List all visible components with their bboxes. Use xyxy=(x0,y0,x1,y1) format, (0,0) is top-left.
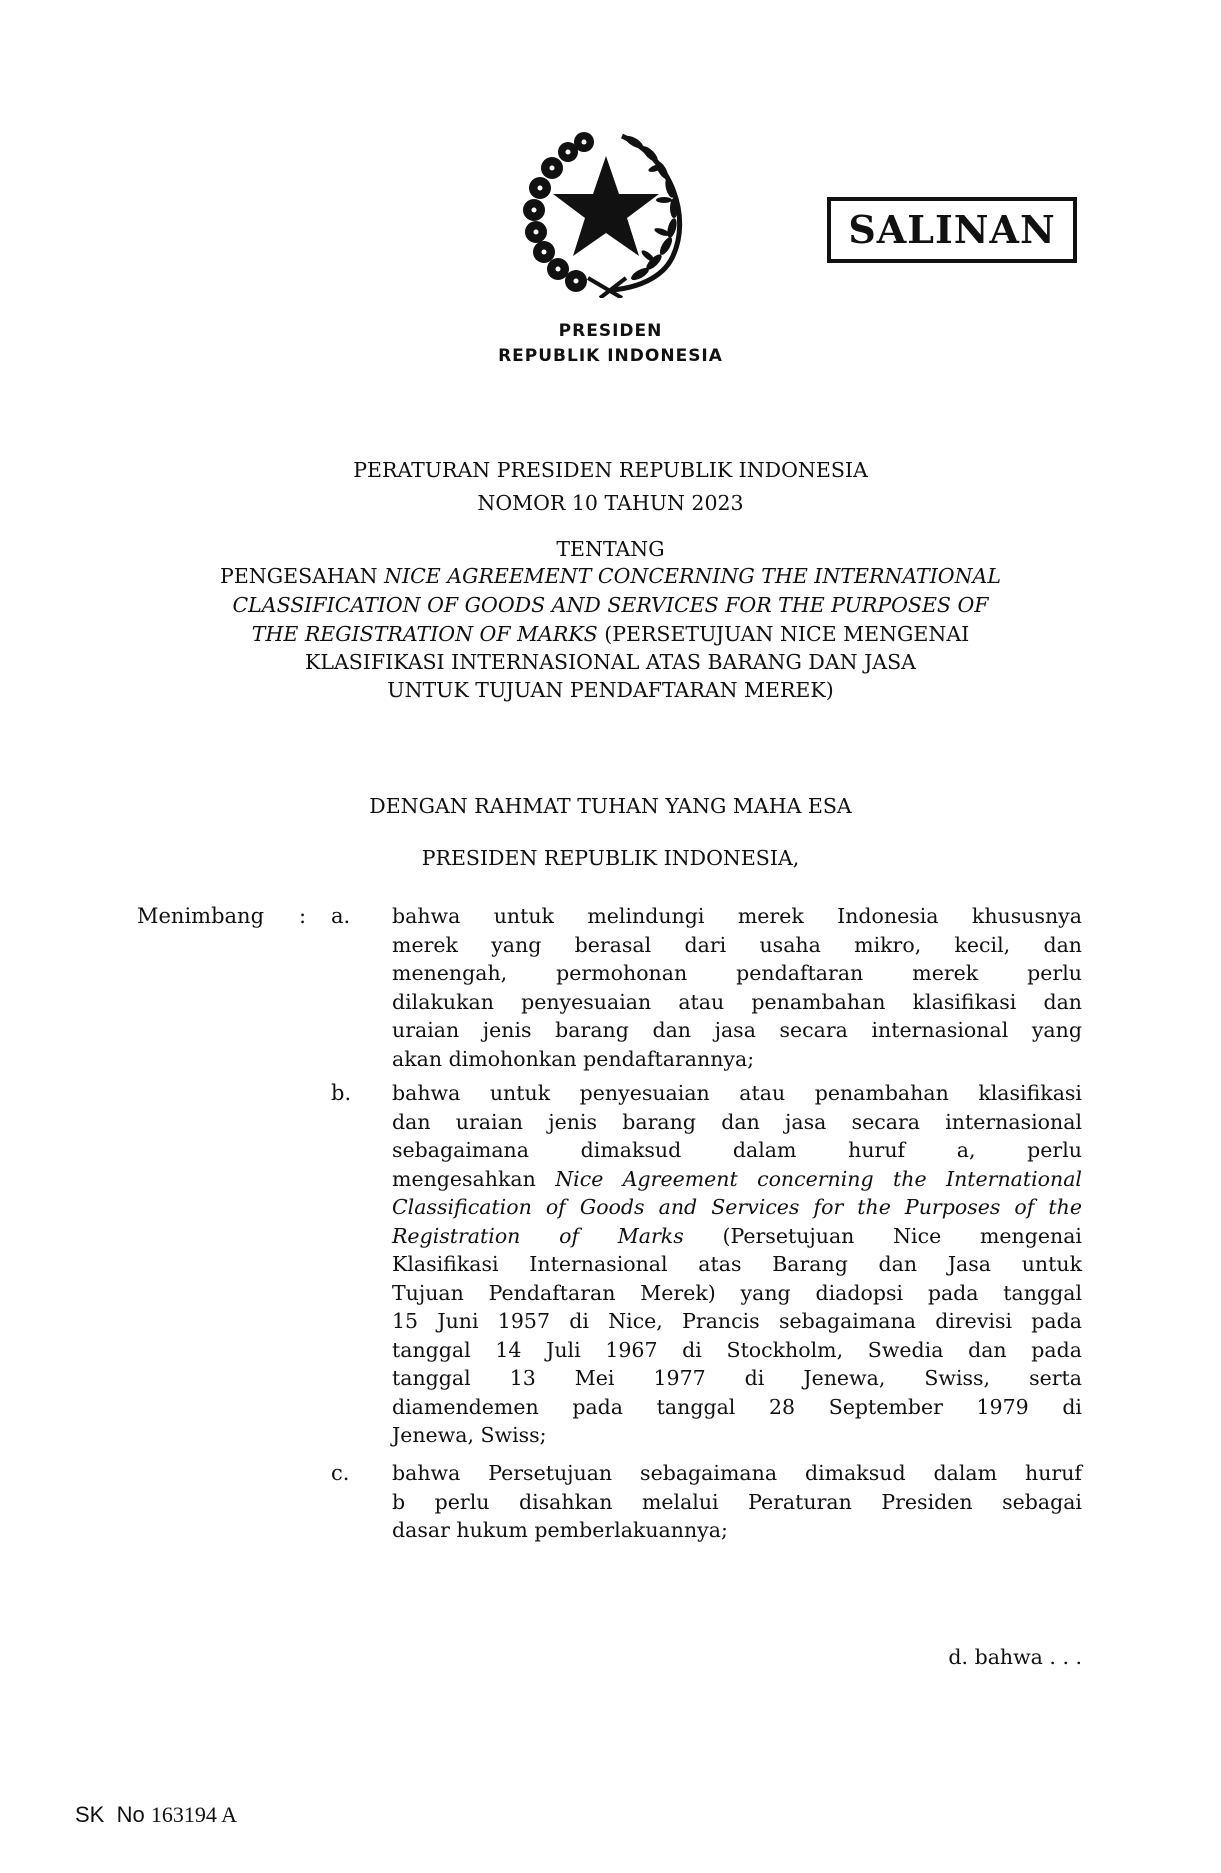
subject-line: THE REGISTRATION OF MARKS (PERSETUJUAN N… xyxy=(0,624,1221,645)
item-text-line: bahwa untuk melindungi merek Indonesia k… xyxy=(392,906,1082,927)
sk-label: SK No xyxy=(75,1802,145,1827)
item-text-line: Klasifikasi Internasional atas Barang da… xyxy=(392,1254,1082,1275)
subject-line: PENGESAHAN NICE AGREEMENT CONCERNING THE… xyxy=(0,566,1221,587)
item-text-line: akan dimohonkan pendaftarannya; xyxy=(392,1049,1082,1070)
item-marker: c. xyxy=(331,1463,349,1484)
invocation: DENGAN RAHMAT TUHAN YANG MAHA ESA xyxy=(0,796,1221,817)
item-text-line: bahwa Persetujuan sebagaimana dimaksud d… xyxy=(392,1463,1082,1484)
state-emblem-icon xyxy=(522,128,690,298)
item-marker: a. xyxy=(331,906,350,927)
regulation-number: NOMOR 10 TAHUN 2023 xyxy=(0,493,1221,514)
subject-line: CLASSIFICATION OF GOODS AND SERVICES FOR… xyxy=(0,595,1221,616)
item-text-line: dilakukan penyesuaian atau penambahan kl… xyxy=(392,992,1082,1013)
authority-line: PRESIDEN REPUBLIK INDONESIA, xyxy=(0,848,1221,869)
regulation-about: TENTANG xyxy=(0,539,1221,560)
item-text-line: 15 Juni 1957 di Nice, Prancis sebagaiman… xyxy=(392,1311,1082,1332)
item-text-line: Classification of Goods and Services for… xyxy=(392,1197,1082,1218)
item-text-line: bahwa untuk penyesuaian atau penambahan … xyxy=(392,1083,1082,1104)
item-text-line: uraian jenis barang dan jasa secara inte… xyxy=(392,1020,1082,1041)
subject-line: UNTUK TUJUAN PENDAFTARAN MEREK) xyxy=(0,680,1221,701)
item-text-line: dasar hukum pemberlakuannya; xyxy=(392,1520,1082,1541)
item-text-line: mengesahkan Nice Agreement concerning th… xyxy=(392,1169,1082,1190)
issuer-title-president: PRESIDEN xyxy=(0,323,1221,340)
item-text-line: diamendemen pada tanggal 28 September 19… xyxy=(392,1397,1082,1418)
sk-number: SK No 163194 A xyxy=(75,1804,237,1826)
copy-stamp: SALINAN xyxy=(827,197,1077,263)
item-text-line: b perlu disahkan melalui Peraturan Presi… xyxy=(392,1492,1082,1513)
item-text-line: dan uraian jenis barang dan jasa secara … xyxy=(392,1112,1082,1133)
sk-value: 163194 A xyxy=(151,1802,237,1827)
item-text-line: Jenewa, Swiss; xyxy=(392,1425,1082,1446)
item-text-line: Registration of Marks (Persetujuan Nice … xyxy=(392,1226,1082,1247)
issuer-title-republic: REPUBLIK INDONESIA xyxy=(0,348,1221,365)
item-text-line: merek yang berasal dari usaha mikro, kec… xyxy=(392,935,1082,956)
item-text-line: Tujuan Pendaftaran Merek) yang diadopsi … xyxy=(392,1283,1082,1304)
item-text-line: sebagaimana dimaksud dalam huruf a, perl… xyxy=(392,1140,1082,1161)
document-page: PRESIDEN REPUBLIK INDONESIA SALINAN PERA… xyxy=(0,0,1221,1873)
considering-label: Menimbang xyxy=(137,906,264,927)
considering-colon: : xyxy=(299,906,306,927)
subject-line: KLASIFIKASI INTERNASIONAL ATAS BARANG DA… xyxy=(0,652,1221,673)
item-text-line: tanggal 13 Mei 1977 di Jenewa, Swiss, se… xyxy=(392,1368,1082,1389)
item-text-line: tanggal 14 Juli 1967 di Stockholm, Swedi… xyxy=(392,1340,1082,1361)
item-text-line: menengah, permohonan pendaftaran merek p… xyxy=(392,963,1082,984)
continuation-marker: d. bahwa . . . xyxy=(948,1647,1082,1668)
regulation-title: PERATURAN PRESIDEN REPUBLIK INDONESIA xyxy=(0,460,1221,481)
copy-stamp-label: SALINAN xyxy=(848,211,1055,249)
item-marker: b. xyxy=(331,1083,351,1104)
